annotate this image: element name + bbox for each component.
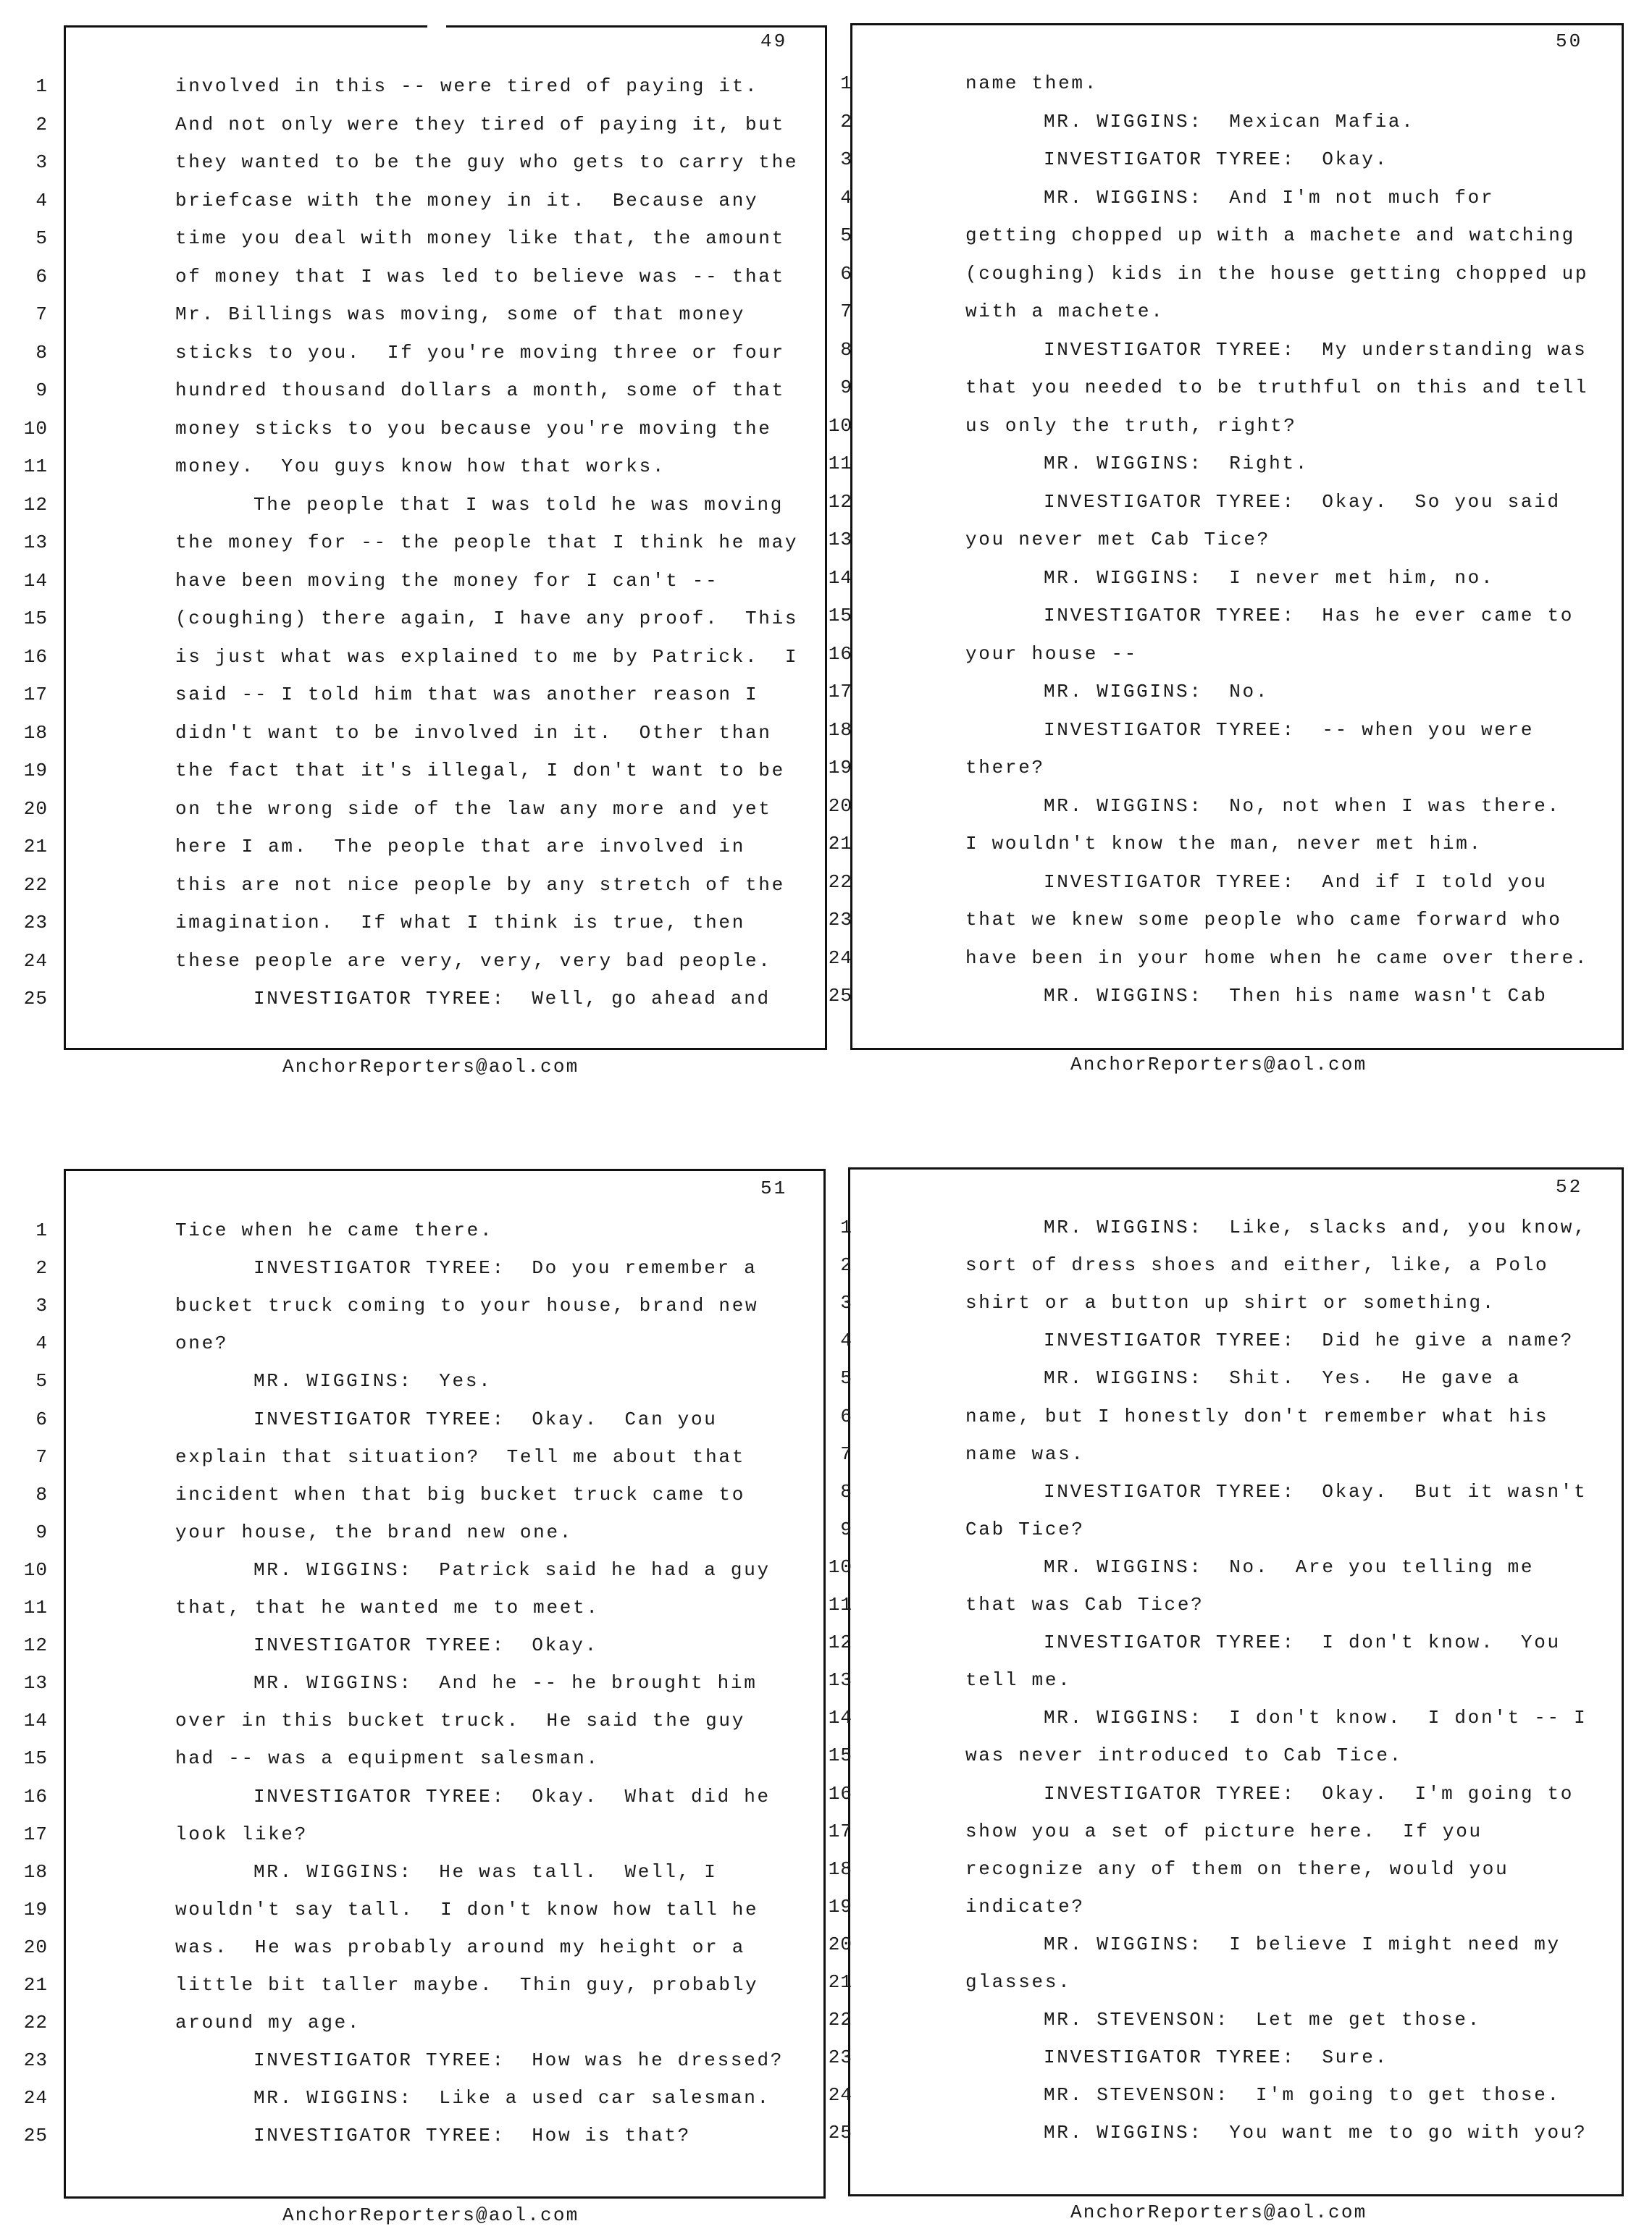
line-number: 3 [821,148,852,170]
line-number: 3 [821,1292,852,1314]
line-number: 23 [821,909,852,931]
line-number: 11 [16,1597,48,1619]
line-number: 24 [821,2084,852,2106]
line-number: 1 [821,1217,852,1238]
transcript-line: name was. [965,1443,1085,1465]
line-number: 16 [16,1786,48,1808]
transcript-line: little bit taller maybe. Thin guy, proba… [175,1974,758,1996]
transcript-line: INVESTIGATOR TYREE: -- when you were [1044,719,1534,741]
line-number: 12 [821,1632,852,1653]
transcript-line: was. He was probably around my height or… [175,1936,745,1958]
transcript-line: your house, the brand new one. [175,1521,573,1543]
transcript-line: there? [965,757,1045,778]
line-number: 11 [16,456,48,477]
transcript-line: is just what was explained to me by Patr… [175,646,798,668]
transcript-line: MR. WIGGINS: You want me to go with you? [1044,2122,1587,2144]
transcript-line: your house -- [965,643,1138,665]
transcript-line: MR. WIGGINS: Yes. [253,1370,492,1392]
transcript-line: INVESTIGATOR TYREE: How is that? [253,2125,691,2146]
transcript-line: The people that I was told he was moving [253,494,784,516]
transcript-line: INVESTIGATOR TYREE: Okay. Can you [253,1409,718,1430]
transcript-line: Tice when he came there. [175,1220,493,1241]
line-number: 10 [16,418,48,440]
transcript-line: glasses. [965,1971,1071,1993]
border-gap [427,20,446,30]
line-number: 6 [16,1409,48,1430]
line-number: 5 [821,224,852,246]
line-number: 23 [821,2047,852,2068]
line-number: 25 [16,988,48,1009]
transcript-page-52 [848,1167,1624,2196]
transcript-line: (coughing) kids in the house getting cho… [965,263,1588,285]
transcript-line: MR. WIGGINS: Mexican Mafia. [1044,111,1414,133]
transcript-line: MR. STEVENSON: I'm going to get those. [1044,2084,1561,2106]
line-number: 24 [16,950,48,972]
line-number: 21 [16,1974,48,1996]
transcript-line: Cab Tice? [965,1519,1085,1540]
line-number: 1 [16,1220,48,1241]
line-number: 5 [16,227,48,249]
transcript-line: INVESTIGATOR TYREE: Well, go ahead and [253,988,771,1009]
transcript-line: MR. WIGGINS: I believe I might need my [1044,1934,1561,1955]
transcript-line: MR. STEVENSON: Let me get those. [1044,2009,1481,2031]
line-number: 18 [16,1861,48,1883]
line-number: 15 [821,605,852,626]
line-number: 14 [16,570,48,592]
transcript-line: bucket truck coming to your house, brand… [175,1295,758,1317]
transcript-line: INVESTIGATOR TYREE: My understanding was [1044,339,1587,361]
line-number: 15 [16,608,48,629]
transcript-line: sticks to you. If you're moving three or… [175,342,785,364]
transcript-line: Mr. Billings was moving, some of that mo… [175,303,745,325]
transcript-line: INVESTIGATOR TYREE: Has he ever came to [1044,605,1574,626]
line-number: 8 [16,1484,48,1506]
transcript-line: look like? [175,1823,308,1845]
line-number: 2 [16,114,48,135]
line-number: 17 [821,1821,852,1842]
line-number: 8 [16,342,48,364]
line-number: 7 [16,303,48,325]
line-number: 1 [16,75,48,97]
transcript-line: hundred thousand dollars a month, some o… [175,379,785,401]
line-number: 25 [16,2125,48,2146]
transcript-line: MR. WIGGINS: Patrick said he had a guy [253,1559,771,1581]
line-number: 12 [16,1634,48,1656]
transcript-line: getting chopped up with a machete and wa… [965,224,1575,246]
line-number: 16 [821,643,852,665]
line-number: 6 [821,263,852,285]
line-number: 13 [821,1669,852,1691]
transcript-line: wouldn't say tall. I don't know how tall… [175,1899,758,1921]
line-number: 2 [821,1254,852,1276]
line-number: 22 [821,2009,852,2031]
line-number: 1 [821,72,852,94]
transcript-line: recognize any of them on there, would yo… [965,1858,1509,1880]
line-number: 16 [16,646,48,668]
page-number: 51 [760,1178,787,1199]
transcript-line: said -- I told him that was another reas… [175,684,758,705]
footer-email: AnchorReporters@aol.com [1070,2201,1367,2223]
transcript-line: INVESTIGATOR TYREE: Okay. But it wasn't [1044,1481,1587,1503]
transcript-line: INVESTIGATOR TYREE: Sure. [1044,2047,1388,2068]
transcript-line: the fact that it's illegal, I don't want… [175,760,785,781]
line-number: 14 [821,1707,852,1729]
line-number: 13 [821,529,852,550]
line-number: 11 [821,1594,852,1616]
transcript-line: indicate? [965,1896,1085,1918]
transcript-line: sort of dress shoes and either, like, a … [965,1254,1548,1276]
transcript-line: around my age. [175,2012,361,2033]
line-number: 24 [16,2087,48,2109]
transcript-line: MR. WIGGINS: He was tall. Well, I [253,1861,718,1883]
page-number: 52 [1556,1176,1582,1198]
line-number: 17 [16,684,48,705]
line-number: 4 [821,1330,852,1351]
line-number: 19 [821,757,852,778]
line-number: 10 [821,1556,852,1578]
transcript-line: over in this bucket truck. He said the g… [175,1710,745,1731]
line-number: 9 [16,379,48,401]
line-number: 13 [16,532,48,553]
transcript-line: incident when that big bucket truck came… [175,1484,745,1506]
transcript-line: with a machete. [965,301,1165,322]
line-number: 14 [821,567,852,589]
line-number: 15 [16,1747,48,1769]
transcript-line: MR. WIGGINS: No, not when I was there. [1044,795,1561,817]
transcript-line: MR. WIGGINS: And he -- he brought him [253,1672,758,1694]
line-number: 5 [16,1370,48,1392]
line-number: 8 [821,339,852,361]
transcript-line: INVESTIGATOR TYREE: Okay. I'm going to [1044,1783,1574,1805]
line-number: 19 [16,760,48,781]
transcript-line: of money that I was led to believe was -… [175,266,785,287]
line-number: 24 [821,947,852,969]
line-number: 20 [821,795,852,817]
line-number: 23 [16,912,48,933]
transcript-line: INVESTIGATOR TYREE: Okay. [253,1634,598,1656]
line-number: 5 [821,1367,852,1389]
transcript-line: INVESTIGATOR TYREE: And if I told you [1044,871,1548,893]
line-number: 7 [821,301,852,322]
transcript-line: here I am. The people that are involved … [175,836,745,857]
line-number: 21 [821,833,852,855]
line-number: 13 [16,1672,48,1694]
line-number: 6 [16,266,48,287]
transcript-line: money sticks to you because you're movin… [175,418,772,440]
line-number: 19 [821,1896,852,1918]
transcript-line: And not only were they tired of paying i… [175,114,785,135]
transcript-line: money. You guys know how that works. [175,456,666,477]
transcript-line: INVESTIGATOR TYREE: How was he dressed? [253,2049,784,2071]
line-number: 20 [821,1934,852,1955]
transcript-line: that we knew some people who came forwar… [965,909,1562,931]
transcript-line: briefcase with the money in it. Because … [175,190,758,211]
line-number: 14 [16,1710,48,1731]
transcript-line: MR. WIGGINS: Shit. Yes. He gave a [1044,1367,1521,1389]
line-number: 17 [821,681,852,702]
transcript-line: MR. WIGGINS: Then his name wasn't Cab [1044,985,1548,1007]
transcript-line: INVESTIGATOR TYREE: Do you remember a [253,1257,758,1279]
page-number: 49 [760,30,787,52]
transcript-line: one? [175,1332,228,1354]
line-number: 25 [821,2122,852,2144]
transcript-line: INVESTIGATOR TYREE: Okay. What did he [253,1786,771,1808]
line-number: 9 [16,1521,48,1543]
transcript-line: on the wrong side of the law any more an… [175,798,772,820]
transcript-line: that was Cab Tice? [965,1594,1204,1616]
transcript-line: INVESTIGATOR TYREE: Okay. So you said [1044,491,1561,513]
line-number: 2 [16,1257,48,1279]
transcript-line: explain that situation? Tell me about th… [175,1446,745,1468]
page-number: 50 [1556,30,1582,52]
line-number: 3 [16,1295,48,1317]
transcript-line: INVESTIGATOR TYREE: Okay. [1044,148,1388,170]
line-number: 22 [821,871,852,893]
transcript-line: MR. WIGGINS: No. Are you telling me [1044,1556,1534,1578]
transcript-line: name them. [965,72,1098,94]
transcript-line: INVESTIGATOR TYREE: Did he give a name? [1044,1330,1574,1351]
line-number: 9 [821,377,852,398]
transcript-line: MR. WIGGINS: Right. [1044,453,1309,474]
transcript-line: MR. WIGGINS: No. [1044,681,1269,702]
transcript-line: INVESTIGATOR TYREE: I don't know. You [1044,1632,1561,1653]
transcript-line: time you deal with money like that, the … [175,227,785,249]
line-number: 7 [821,1443,852,1465]
transcript-line: have been moving the money for I can't -… [175,570,718,592]
footer-email: AnchorReporters@aol.com [282,2204,579,2226]
line-number: 22 [16,2012,48,2033]
transcript-line: MR. WIGGINS: I never met him, no. [1044,567,1494,589]
line-number: 18 [16,722,48,744]
line-number: 6 [821,1406,852,1427]
line-number: 23 [16,2049,48,2071]
transcript-line: they wanted to be the guy who gets to ca… [175,151,798,173]
line-number: 25 [821,985,852,1007]
line-number: 7 [16,1446,48,1468]
line-number: 22 [16,874,48,896]
line-number: 21 [16,836,48,857]
line-number: 20 [16,1936,48,1958]
line-number: 18 [821,719,852,741]
transcript-line: have been in your home when he came over… [965,947,1588,969]
line-number: 3 [16,151,48,173]
transcript-line: involved in this -- were tired of paying… [175,75,758,97]
transcript-line: us only the truth, right? [965,415,1297,437]
transcript-line: shirt or a button up shirt or something. [965,1292,1496,1314]
line-number: 10 [821,415,852,437]
line-number: 10 [16,1559,48,1581]
transcript-line: was never introduced to Cab Tice. [965,1745,1403,1766]
transcript-line: the money for -- the people that I think… [175,532,798,553]
transcript-line: MR. WIGGINS: Like a used car salesman. [253,2087,771,2109]
line-number: 16 [821,1783,852,1805]
line-number: 9 [821,1519,852,1540]
footer-email: AnchorReporters@aol.com [282,1056,579,1078]
line-number: 12 [821,491,852,513]
transcript-line: I wouldn't know the man, never met him. [965,833,1483,855]
transcript-line: tell me. [965,1669,1071,1691]
line-number: 15 [821,1745,852,1766]
line-number: 4 [821,187,852,209]
line-number: 2 [821,111,852,133]
line-number: 18 [821,1858,852,1880]
line-number: 19 [16,1899,48,1921]
line-number: 21 [821,1971,852,1993]
transcript-line: MR. WIGGINS: And I'm not much for [1044,187,1494,209]
transcript-line: show you a set of picture here. If you [965,1821,1483,1842]
transcript-line: MR. WIGGINS: I don't know. I don't -- I [1044,1707,1587,1729]
line-number: 4 [16,190,48,211]
line-number: 4 [16,1332,48,1354]
transcript-line: had -- was a equipment salesman. [175,1747,600,1769]
line-number: 12 [16,494,48,516]
transcript-line: imagination. If what I think is true, th… [175,912,745,933]
transcript-line: that you needed to be truthful on this a… [965,377,1588,398]
line-number: 11 [821,453,852,474]
line-number: 8 [821,1481,852,1503]
transcript-line: name, but I honestly don't remember what… [965,1406,1548,1427]
line-number: 17 [16,1823,48,1845]
transcript-line: (coughing) there again, I have any proof… [175,608,798,629]
transcript-line: MR. WIGGINS: Like, slacks and, you know, [1044,1217,1587,1238]
transcript-line: didn't want to be involved in it. Other … [175,722,772,744]
transcript-line: this are not nice people by any stretch … [175,874,785,896]
line-number: 20 [16,798,48,820]
transcript-line: that, that he wanted me to meet. [175,1597,600,1619]
transcript-line: these people are very, very, very bad pe… [175,950,772,972]
footer-email: AnchorReporters@aol.com [1070,1054,1367,1075]
transcript-line: you never met Cab Tice? [965,529,1270,550]
